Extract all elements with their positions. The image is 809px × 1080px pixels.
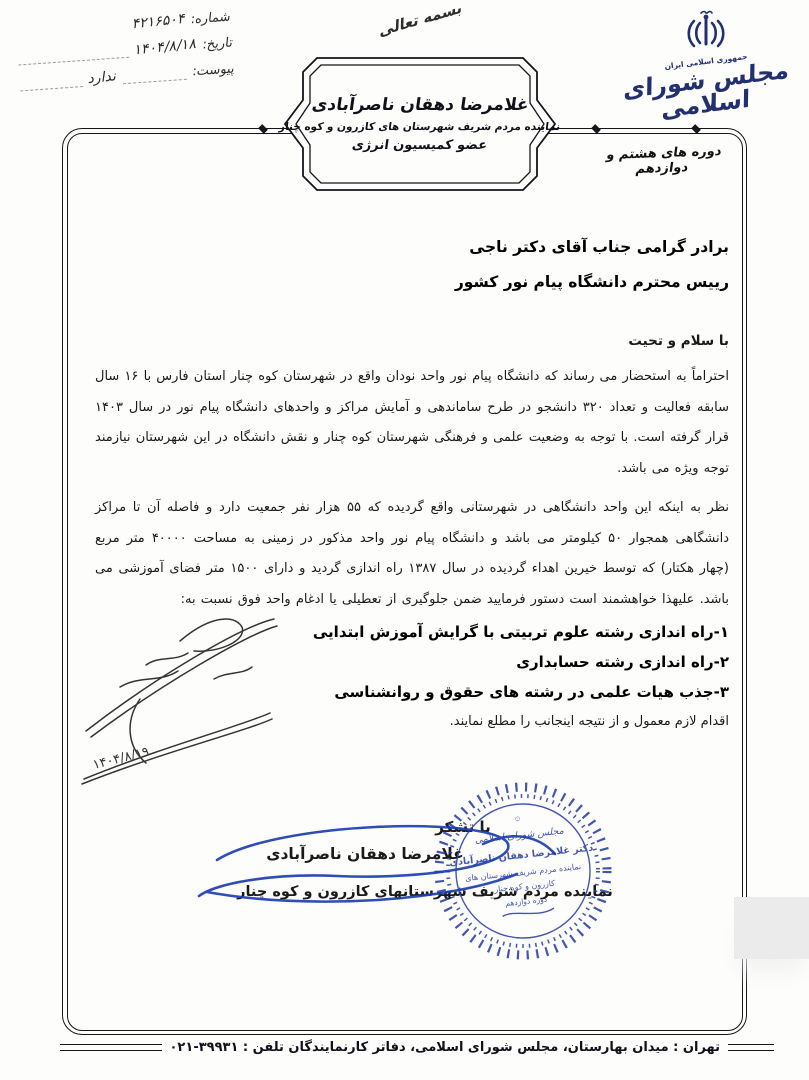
recipient-line-2: رییس محترم دانشگاه پیام نور کشور bbox=[95, 265, 729, 300]
date-field: تاریخ: ۱۴۰۴/۸/۱۸ bbox=[17, 35, 233, 66]
attachment-dash-right bbox=[19, 74, 83, 91]
footer-rule-left bbox=[60, 1044, 162, 1051]
besmele-calligraphy: بسمه تعالی bbox=[379, 0, 462, 40]
handwritten-note: ۱۴۰۴/۸/۱۹ bbox=[28, 583, 308, 798]
footer-address: تهران : میدان بهارستان، مجلس شورای اسلام… bbox=[166, 1040, 725, 1055]
number-value: ۴۲۱۶۵۰۴ bbox=[131, 11, 186, 33]
recipient-line-1: برادر گرامی جناب آقای دکتر ناجی bbox=[95, 230, 729, 265]
scanned-letter-page: شماره: ۴۲۱۶۵۰۴ تاریخ: ۱۴۰۴/۸/۱۸ پیوست: ن… bbox=[0, 0, 809, 1080]
signature-ink bbox=[185, 812, 585, 917]
cartouche-text: غلامرضا دهقان ناصرآبادی نماینده مردم شری… bbox=[309, 68, 531, 180]
attachment-label: پیوست: bbox=[191, 61, 235, 79]
representative-cartouche: غلامرضا دهقان ناصرآبادی نماینده مردم شری… bbox=[283, 56, 557, 192]
iran-emblem-icon bbox=[684, 10, 728, 56]
salutation: با سلام و تحیت bbox=[95, 333, 729, 349]
assembly-terms: دوره های هشتم و دوازدهم bbox=[581, 143, 745, 179]
attachment-dash-left bbox=[123, 67, 187, 84]
representative-commission: عضو کمیسیون انرژی bbox=[351, 138, 488, 153]
representative-role: نماینده مردم شریف شهرستان های کازرون و ک… bbox=[279, 121, 562, 133]
number-field: شماره: ۴۲۱۶۵۰۴ bbox=[16, 9, 232, 40]
attachment-field: پیوست: ندارد bbox=[19, 60, 235, 91]
paragraph-1: احتراماً به استحضار می رساند که دانشگاه … bbox=[95, 362, 729, 484]
footer: تهران : میدان بهارستان، مجلس شورای اسلام… bbox=[60, 1040, 774, 1055]
date-dashed-line bbox=[18, 45, 129, 66]
handnote-date: ۱۴۰۴/۸/۱۹ bbox=[91, 744, 151, 773]
attachment-value: ندارد bbox=[88, 68, 119, 87]
date-value: ۱۴۰۴/۸/۱۸ bbox=[133, 36, 198, 59]
footer-rule-right bbox=[728, 1044, 774, 1051]
date-label: تاریخ: bbox=[201, 35, 233, 52]
letter-meta-block: شماره: ۴۲۱۶۵۰۴ تاریخ: ۱۴۰۴/۸/۱۸ پیوست: ن… bbox=[16, 9, 236, 102]
number-label: شماره: bbox=[190, 10, 231, 28]
scan-artifact bbox=[734, 897, 809, 959]
representative-name: غلامرضا دهقان ناصرآبادی bbox=[310, 95, 529, 115]
majlis-header-block: جمهوری اسلامی ایران مجلس شورای اسلامی bbox=[621, 10, 791, 117]
